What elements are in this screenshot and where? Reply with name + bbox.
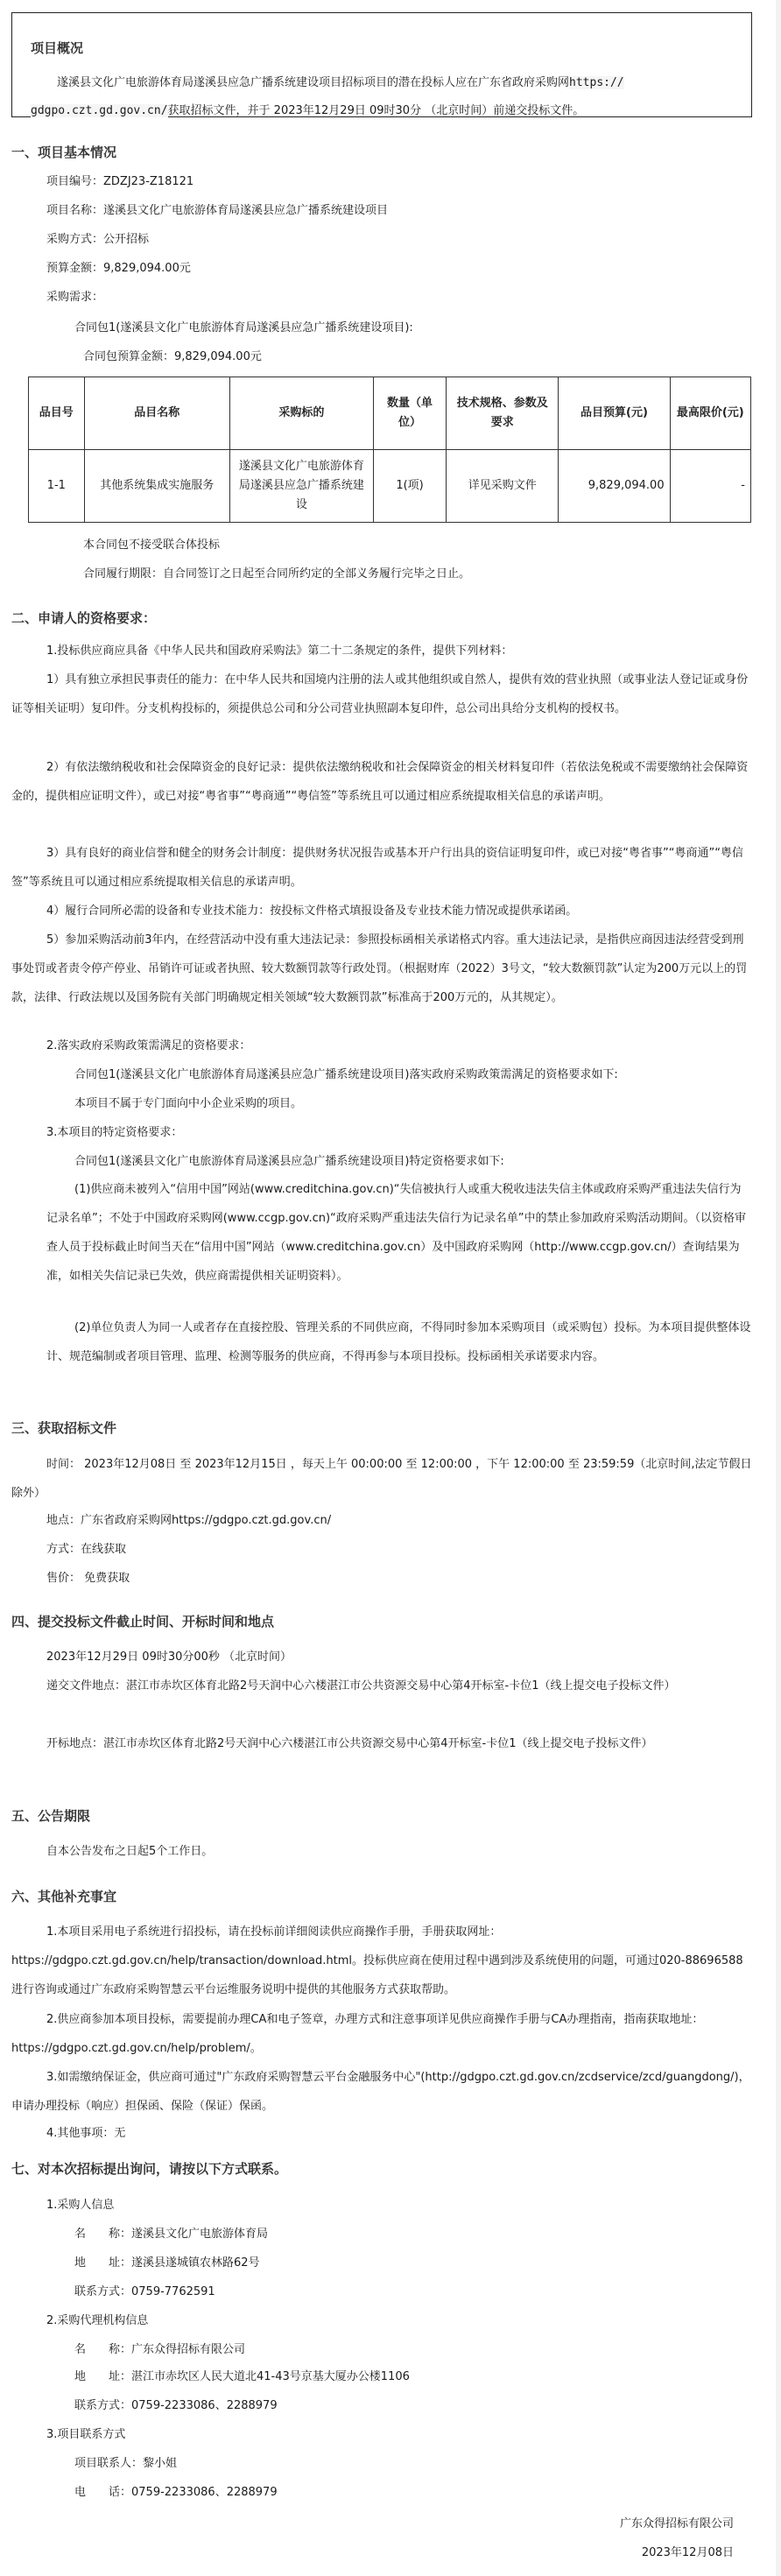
col-budget: 品目预算(元) (559, 377, 670, 450)
scrollbar-track[interactable] (776, 0, 781, 2576)
overview-box: 项目概况 遂溪县文化广电旅游体育局遂溪县应急广播系统建设项目招标项目的潜在投标人… (11, 12, 752, 117)
section-heading-period: 五、公告期限 (11, 1806, 90, 1825)
overview-text: 遂溪县文化广电旅游体育局遂溪县应急广播系统建设项目招标项目的潜在投标人应在广东省… (31, 69, 749, 125)
purchaser-name: 名 称：遂溪县文化广电旅游体育局 (74, 2227, 268, 2242)
items-table: 品目号 品目名称 采购标的 数量（单位） 技术规格、参数及要求 品目预算(元) … (28, 377, 751, 523)
deadline-time: 2023年12月29日 09时30分00秒 （北京时间） (46, 1650, 292, 1665)
col-subject: 采购标的 (229, 377, 373, 450)
announcement-period: 自本公告发布之日起5个工作日。 (46, 1844, 213, 1860)
qual-item-2-package: 合同包1(遂溪县文化广电旅游体育局遂溪县应急广播系统建设项目)落实政府采购政策需… (74, 1067, 618, 1083)
overview-text-tail: 获取招标文件，并于 2023年12月29日 09时30分 （北京时间）前递交投标… (168, 104, 585, 117)
qual-item-3: 3.本项目的特定资格要求： (46, 1125, 182, 1141)
cell-item-no: 1-1 (29, 450, 85, 523)
project-number: 项目编号：ZDZJ23-Z18121 (46, 174, 193, 190)
section-heading-deadline: 四、提交投标文件截止时间、开标时间和地点 (11, 1612, 274, 1630)
agency-name: 名 称：广东众得招标有限公司 (74, 2342, 245, 2358)
purchaser-title: 1.采购人信息 (46, 2198, 114, 2214)
obtain-location: 地点：广东省政府采购网https://gdgpo.czt.gd.gov.cn/ (46, 1513, 331, 1529)
purchaser-address: 地 址：遂溪县遂城镇农林路62号 (74, 2256, 260, 2271)
cell-subject: 遂溪县文化广电旅游体育局遂溪县应急广播系统建设 (229, 450, 373, 523)
cell-max-price: - (670, 450, 750, 523)
submit-location: 递交文件地点：湛江市赤坎区体育北路2号天润中心六楼湛江市公共资源交易中心第4开标… (11, 1672, 752, 1700)
section-heading-contact: 七、对本次招标提出询问，请按以下方式联系。 (11, 2159, 287, 2178)
section-heading-basic-info: 一、项目基本情况 (11, 143, 116, 161)
supp-item-4: 4.其他事项：无 (46, 2126, 125, 2142)
obtain-price: 售价： 免费获取 (46, 1571, 130, 1587)
cell-item-name: 其他系统集成实施服务 (84, 450, 229, 523)
obtain-method: 方式：在线获取 (46, 1542, 126, 1558)
requirements-label: 采购需求： (46, 290, 103, 306)
col-spec: 技术规格、参数及要求 (447, 377, 559, 450)
package-title: 合同包1(遂溪县文化广电旅游体育局遂溪县应急广播系统建设项目): (74, 320, 413, 336)
qual-item-1-2: 2）有依法缴纳税收和社会保障资金的良好记录：提供依法缴纳税收和社会保障资金的相关… (11, 753, 752, 811)
project-contact-phone: 电 话：0759-2233086、2288979 (74, 2485, 278, 2501)
qual-item-1: 1.投标供应商应具备《中华人民共和国政府采购法》第二十二条规定的条件，提供下列材… (46, 644, 512, 659)
supp-item-1: 1.本项目采用电子系统进行招投标，请在投标前详细阅读供应商操作手册，手册获取网址… (11, 1918, 752, 2004)
qual-item-2-text: 本项目不属于专门面向中小企业采购的项目。 (74, 1096, 302, 1112)
cell-budget: 9,829,094.00 (559, 450, 670, 523)
purchaser-contact: 联系方式：0759-7762591 (74, 2284, 215, 2300)
contract-period: 合同履行期限：自合同签订之日起至合同所约定的全部义务履行完毕之日止。 (83, 567, 470, 582)
signature-company: 广东众得招标有限公司 (620, 2514, 734, 2530)
qual-item-2: 2.落实政府采购政策需满足的资格要求： (46, 1038, 250, 1054)
cell-quantity: 1(项) (374, 450, 447, 523)
col-quantity: 数量（单位） (374, 377, 447, 450)
overview-title: 项目概况 (31, 39, 83, 57)
budget-amount: 预算金额：9,829,094.00元 (46, 261, 191, 277)
table-row: 1-1 其他系统集成实施服务 遂溪县文化广电旅游体育局遂溪县应急广播系统建设 1… (29, 450, 751, 523)
supp-item-3: 3.如需缴纳保证金，供应商可通过"广东政府采购智慧云平台金融服务中心"(http… (11, 2063, 752, 2121)
qual-item-1-5: 5）参加采购活动前3年内，在经营活动中没有重大违法记录：参照投标函相关承诺格式内… (11, 926, 752, 1012)
signature-date: 2023年12月08日 (642, 2543, 734, 2559)
qual-item-3-2: (2)单位负责人为同一人或者存在直接控股、管理关系的不同供应商，不得同时参加本采… (46, 1313, 752, 1371)
col-item-name: 品目名称 (84, 377, 229, 450)
project-name: 项目名称：遂溪县文化广电旅游体育局遂溪县应急广播系统建设项目 (46, 203, 388, 219)
cell-spec: 详见采购文件 (447, 450, 559, 523)
table-header-row: 品目号 品目名称 采购标的 数量（单位） 技术规格、参数及要求 品目预算(元) … (29, 377, 751, 450)
section-heading-supplementary: 六、其他补充事宜 (11, 1887, 116, 1905)
agency-contact: 联系方式：0759-2233086、2288979 (74, 2398, 278, 2414)
open-location: 开标地点：湛江市赤坎区体育北路2号天润中心六楼湛江市公共资源交易中心第4开标室-… (11, 1729, 752, 1758)
package-budget: 合同包预算金额：9,829,094.00元 (83, 349, 262, 365)
supp-item-2: 2.供应商参加本项目投标，需要提前办理CA和电子签章，办理方式和注意事项详见供应… (11, 2005, 752, 2063)
no-consortium-note: 本合同包不接受联合体投标 (83, 538, 220, 553)
procurement-method: 采购方式：公开招标 (46, 232, 149, 248)
project-contact-person: 项目联系人：黎小姐 (74, 2456, 177, 2472)
qual-item-1-1: 1）具有独立承担民事责任的能力：在中华人民共和国境内注册的法人或其他组织或自然人… (11, 665, 752, 723)
qual-item-3-1: (1)供应商未被列入“信用中国”网站(www.creditchina.gov.c… (46, 1175, 752, 1291)
section-heading-qualifications: 二、申请人的资格要求： (11, 609, 156, 627)
section-heading-obtain-docs: 三、获取招标文件 (11, 1418, 116, 1437)
agency-address: 地 址：湛江市赤坎区人民大道北41-43号京基大厦办公楼1106 (74, 2369, 410, 2385)
col-item-no: 品目号 (29, 377, 85, 450)
project-contact-title: 3.项目联系方式 (46, 2427, 125, 2443)
qual-item-3-package: 合同包1(遂溪县文化广电旅游体育局遂溪县应急广播系统建设项目)特定资格要求如下: (74, 1154, 504, 1170)
col-max-price: 最高限价(元) (670, 377, 750, 450)
obtain-time: 时间： 2023年12月08日 至 2023年12月15日 ，每天上午 00:0… (11, 1450, 752, 1508)
agency-title: 2.采购代理机构信息 (46, 2313, 148, 2329)
overview-text-lead: 遂溪县文化广电旅游体育局遂溪县应急广播系统建设项目招标项目的潜在投标人应在广东省… (57, 76, 569, 89)
qual-item-1-3: 3）具有良好的商业信誉和健全的财务会计制度：提供财务状况报告或基本开户行出具的资… (11, 839, 752, 897)
qual-item-1-4: 4）履行合同所必需的设备和专业技术能力：按投标文件格式填报设备及专业技术能力情况… (11, 897, 752, 926)
